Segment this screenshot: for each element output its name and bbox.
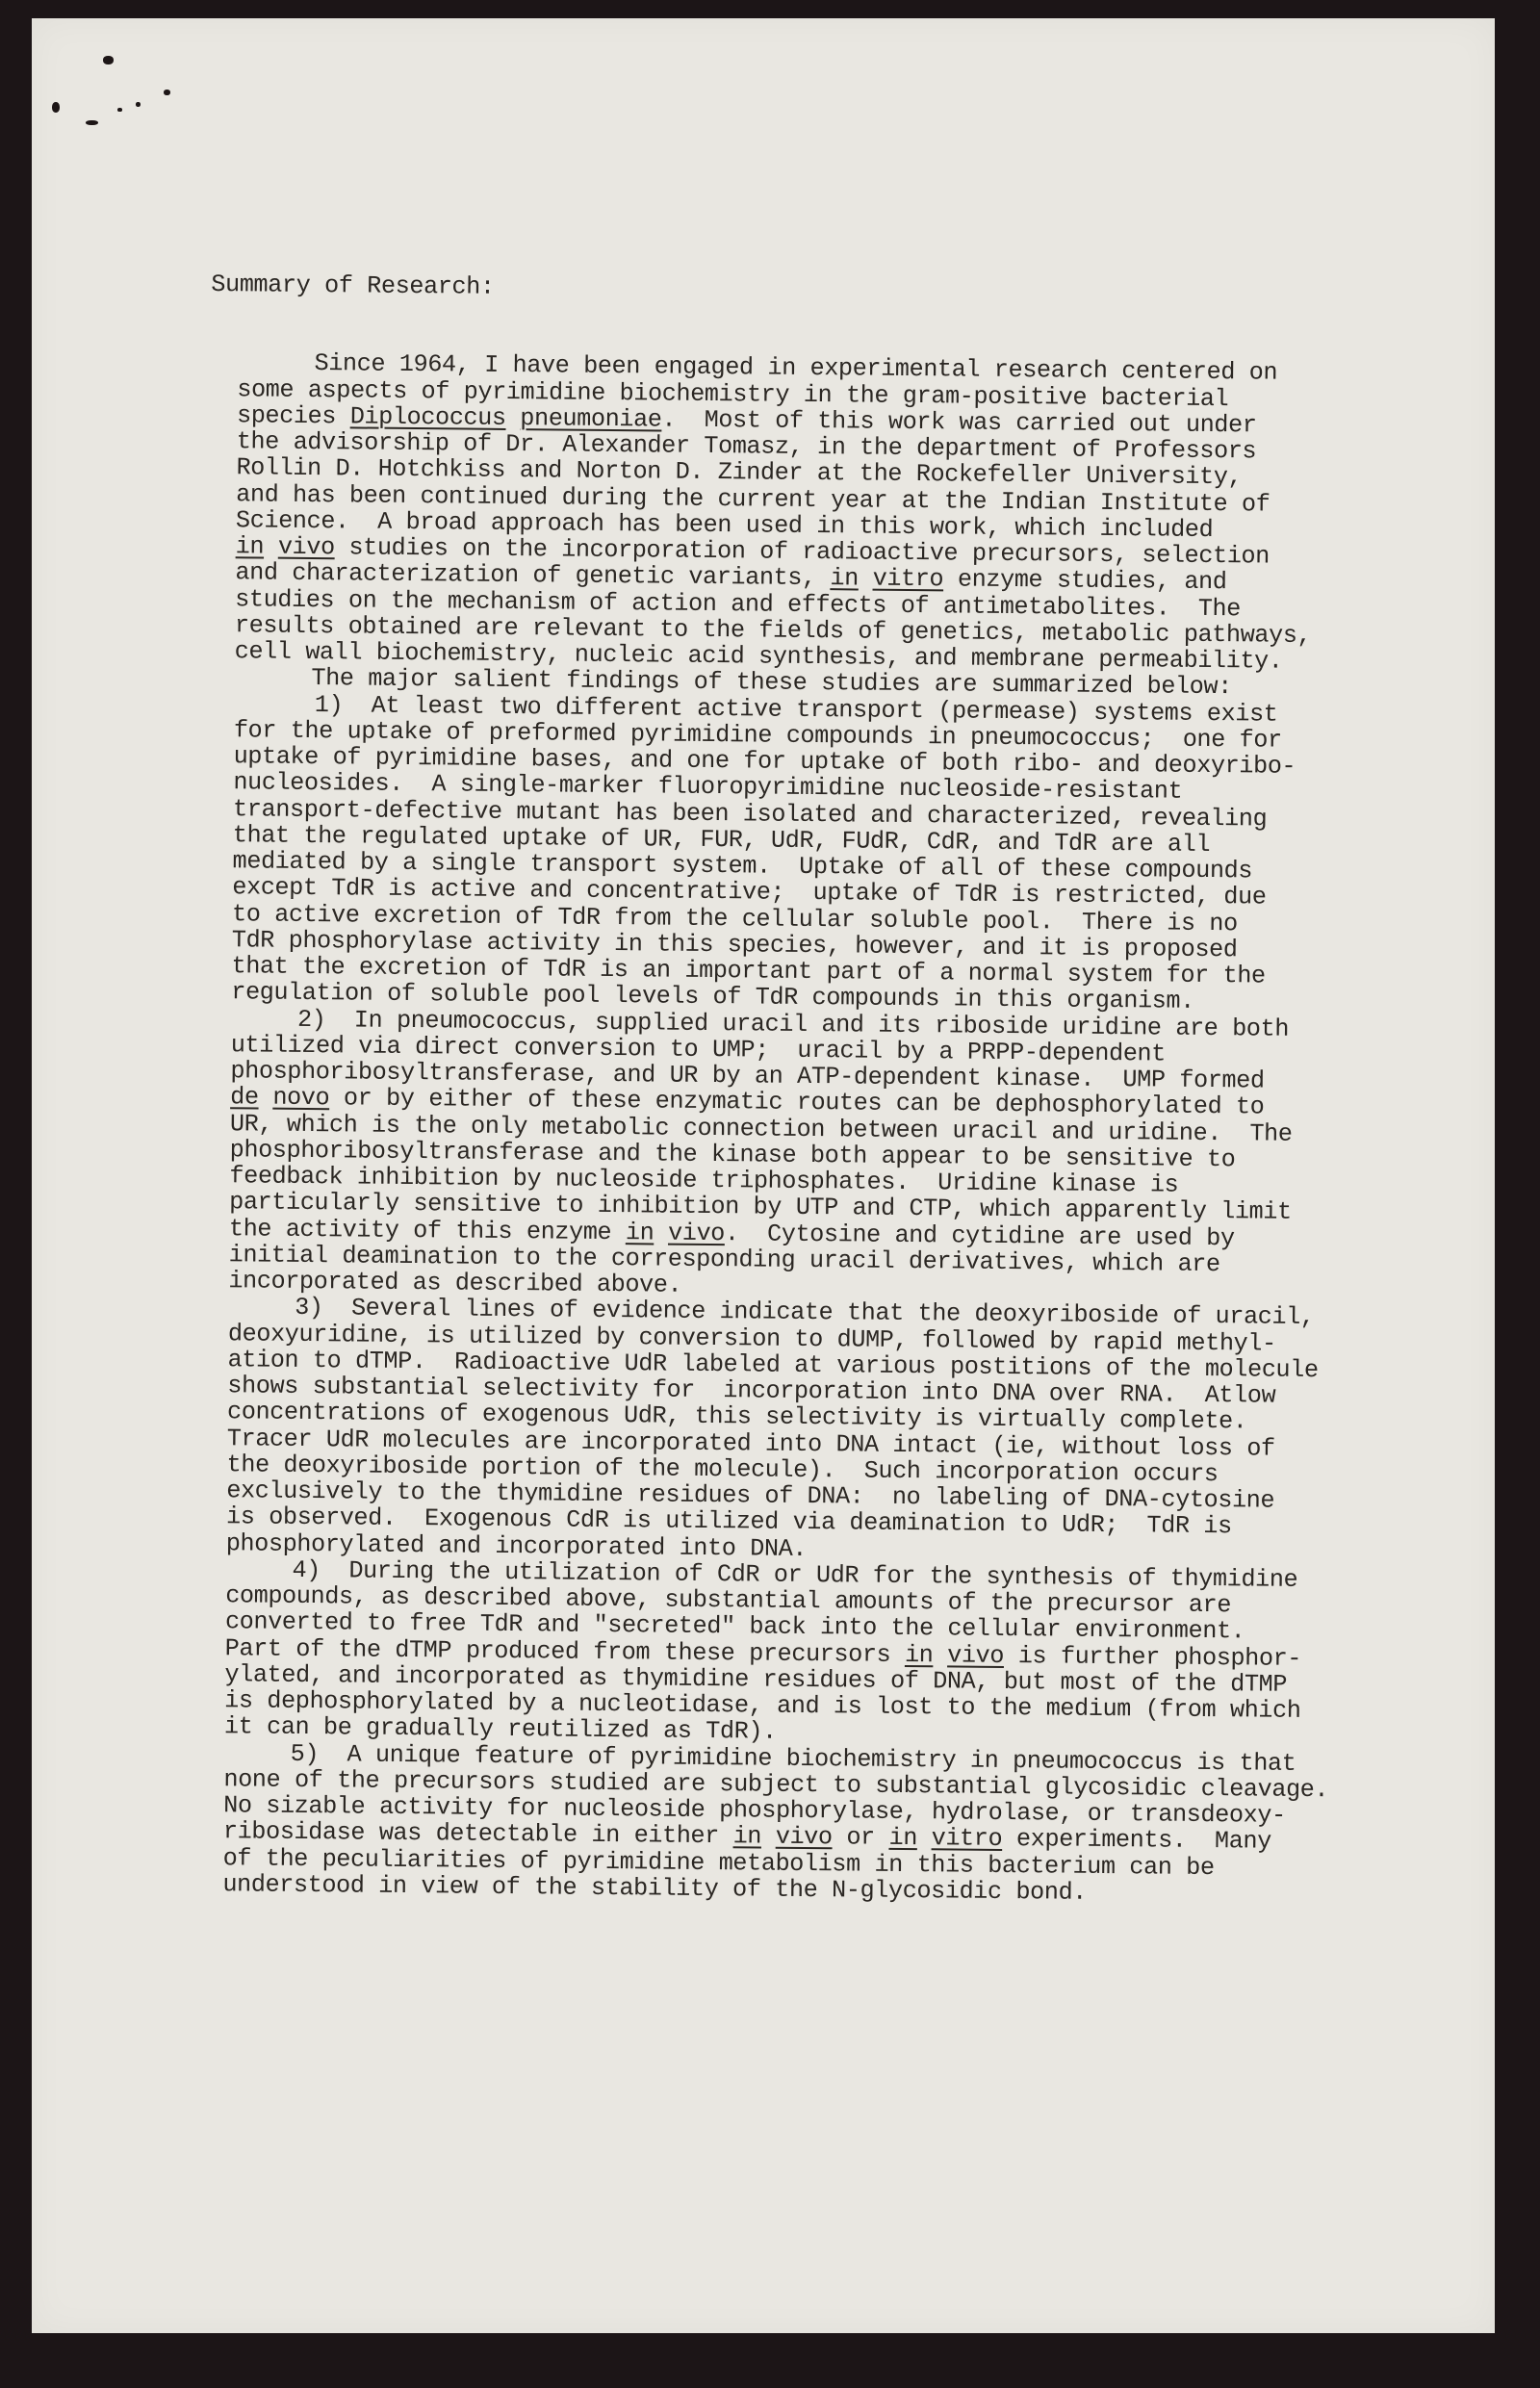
underlined-term: in (236, 532, 265, 560)
text-segment (264, 533, 278, 561)
underlined-term: de (230, 1083, 259, 1111)
text-segment (654, 1219, 668, 1246)
underlined-term: in (626, 1219, 654, 1246)
text-segment: species (237, 401, 350, 430)
text-segment (917, 1824, 932, 1852)
ink-speck (136, 102, 141, 107)
underlined-term: in (905, 1640, 934, 1668)
text-segment (859, 565, 873, 593)
underlined-term: Diplococcus (350, 402, 506, 432)
text-segment (761, 1823, 776, 1851)
ink-speck (117, 108, 122, 112)
underlined-term: vivo (278, 533, 335, 562)
section-heading: Summary of Research: (211, 270, 1395, 308)
underlined-term: vitro (872, 565, 943, 594)
text-segment (505, 404, 520, 432)
underlined-term: in (830, 564, 859, 592)
underlined-term: pneumoniae (520, 404, 661, 433)
underlined-term: in (732, 1823, 761, 1851)
underlined-term: vivo (776, 1823, 833, 1852)
ink-speck (86, 120, 98, 125)
text-segment: or (833, 1824, 889, 1853)
ink-speck (52, 102, 60, 113)
ink-speck (164, 90, 170, 95)
ink-speck (103, 56, 114, 64)
text-segment (933, 1641, 947, 1669)
underlined-term: vivo (947, 1641, 1004, 1670)
underlined-term: vitro (932, 1825, 1003, 1854)
underlined-term: vivo (668, 1219, 725, 1247)
underlined-term: in (888, 1824, 917, 1852)
text-segment (259, 1084, 273, 1112)
underlined-term: novo (272, 1084, 329, 1113)
summary-of-research-text: Summary of Research: Since 1964, I have … (195, 218, 1396, 1909)
typed-page: Summary of Research: Since 1964, I have … (32, 18, 1495, 2333)
